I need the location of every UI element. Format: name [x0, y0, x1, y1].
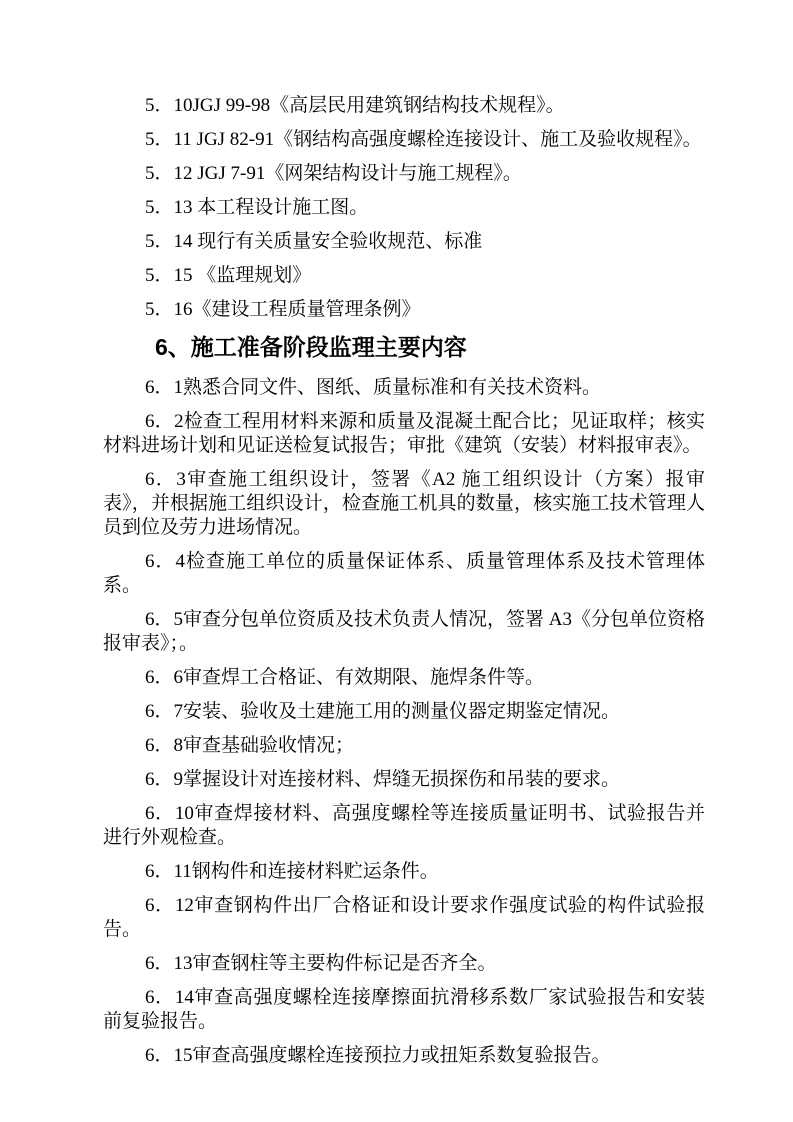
item-6-14: 6．14审查高强度螺栓连接摩擦面抗滑移系数厂家试验报告和安装前复验报告。: [103, 986, 705, 1034]
item-6-8: 6．8审查基础验收情况；: [103, 734, 705, 758]
item-5-12: 5．12 JGJ 7-91《网架结构设计与施工规程》。: [103, 162, 705, 186]
item-5-13: 5．13 本工程设计施工图。: [103, 196, 705, 220]
item-5-10: 5．10JGJ 99-98《高层民用建筑钢结构技术规程》。: [103, 94, 705, 118]
item-5-11: 5．11 JGJ 82-91《钢结构高强度螺栓连接设计、施工及验收规程》。: [103, 128, 705, 152]
document-content: 5．10JGJ 99-98《高层民用建筑钢结构技术规程》。 5．11 JGJ 8…: [103, 94, 705, 1068]
item-5-15: 5．15 《监理规划》: [103, 264, 705, 288]
item-6-5: 6．5审查分包单位资质及技术负责人情况，签署 A3《分包单位资格报审表》；。: [103, 608, 705, 656]
item-6-15: 6．15审查高强度螺栓连接预拉力或扭矩系数复验报告。: [103, 1044, 705, 1068]
item-5-14: 5．14 现行有关质量安全验收规范、标准: [103, 230, 705, 254]
item-6-12: 6．12审查钢构件出厂合格证和设计要求作强度试验的构件试验报告。: [103, 894, 705, 942]
item-6-9: 6．9掌握设计对连接材料、焊缝无损探伤和吊装的要求。: [103, 768, 705, 792]
item-5-16: 5．16《建设工程质量管理条例》: [103, 298, 705, 322]
item-6-6: 6．6审查焊工合格证、有效期限、施焊条件等。: [103, 666, 705, 690]
item-6-11: 6．11钢构件和连接材料贮运条件。: [103, 860, 705, 884]
item-6-7: 6．7安装、验收及土建施工用的测量仪器定期鉴定情况。: [103, 700, 705, 724]
item-6-10: 6．10审查焊接材料、高强度螺栓等连接质量证明书、试验报告并进行外观检查。: [103, 802, 705, 850]
item-6-13: 6．13审查钢柱等主要构件标记是否齐全。: [103, 952, 705, 976]
section-6-heading: 6、施工准备阶段监理主要内容: [103, 332, 705, 362]
document-page: 5．10JGJ 99-98《高层民用建筑钢结构技术规程》。 5．11 JGJ 8…: [0, 0, 793, 1122]
item-6-4: 6．4检查施工单位的质量保证体系、质量管理体系及技术管理体系。: [103, 550, 705, 598]
item-6-2: 6．2检查工程用材料来源和质量及混凝土配合比；见证取样；核实材料进场计划和见证送…: [103, 410, 705, 458]
item-6-3: 6．3审查施工组织设计，签署《A2 施工组织设计（方案）报审表》，并根据施工组织…: [103, 468, 705, 540]
item-6-1: 6．1熟悉合同文件、图纸、质量标准和有关技术资料。: [103, 376, 705, 400]
